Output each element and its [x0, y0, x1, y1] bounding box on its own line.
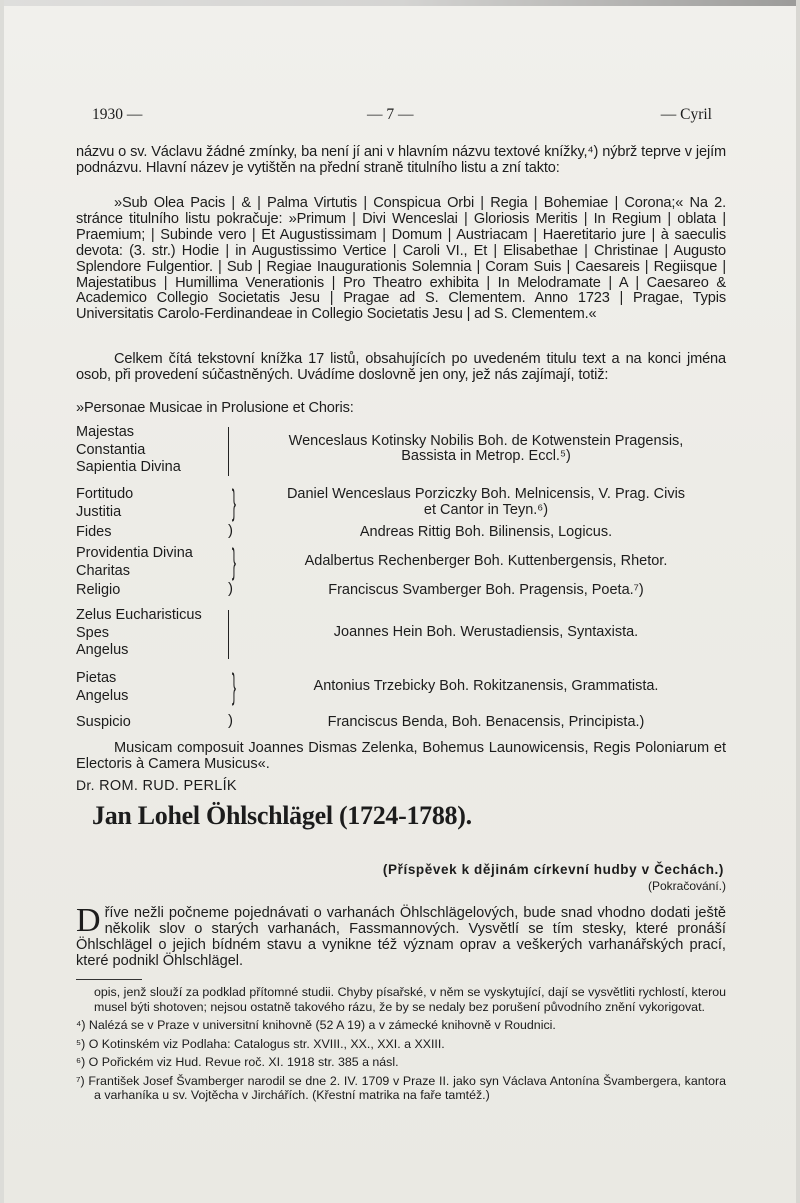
article-title: Jan Lohel Öhlschlägel (1724-1788). — [92, 801, 472, 831]
performer-name: Adalbertus Rechenberger Boh. Kuttenberge… — [246, 554, 726, 570]
continued-note: (Pokračování.) — [648, 879, 726, 893]
cast-roles: Fides — [76, 525, 226, 543]
performer-line: Antonius Trzebicky Boh. Rokitzanensis, G… — [246, 679, 726, 695]
role-name: Religio — [76, 583, 226, 599]
author-name: ROM. RUD. PERLÍK — [99, 778, 237, 794]
running-head-journal: — Cyril — [661, 106, 712, 124]
page-number: — 7 — — [367, 106, 414, 124]
performer-name: Wenceslaus Kotinsky Nobilis Boh. de Kotw… — [246, 434, 726, 465]
article-subtitle: (Příspěvek k dějinám církevní hudby v Če… — [383, 862, 724, 877]
brace-icon: } — [232, 485, 236, 520]
performer-name: Andreas Rittig Boh. Bilinensis, Logicus. — [246, 525, 726, 541]
performer-name: Daniel Wenceslaus Porziczky Boh. Melnice… — [246, 487, 726, 518]
paragraph-text: názvu o sv. Václavu žádné zmínky, ba nen… — [76, 145, 726, 177]
role-name: Justitia — [76, 505, 226, 521]
brace-icon — [228, 427, 241, 476]
paragraph-summary: Celkem čítá tekstovní knížka 17 listů, o… — [76, 352, 726, 384]
performer-line: Adalbertus Rechenberger Boh. Kuttenberge… — [246, 554, 726, 570]
drop-cap: D — [76, 907, 101, 935]
paragraph-closing: Musicam composuit Joannes Dismas Zelenka… — [76, 740, 726, 772]
performer-name: Joannes Hein Boh. Werustadiensis, Syntax… — [246, 625, 726, 641]
scanned-page: 1930 — — 7 — — Cyril názvu o sv. Václavu… — [0, 0, 800, 1203]
role-name: Suspicio — [76, 715, 226, 731]
paragraph-text: »Sub Olea Pacis | & | Palma Virtutis | C… — [76, 196, 726, 323]
role-name: Fides — [76, 525, 226, 541]
footnote: ⁵) O Kotinském viz Podlaha: Catalogus st… — [76, 1037, 726, 1052]
performer-line: Franciscus Svamberger Boh. Pragensis, Po… — [246, 583, 726, 599]
performer-line: Franciscus Benda, Boh. Benacensis, Princ… — [246, 715, 726, 731]
article-author: Dr. ROM. RUD. PERLÍK — [76, 777, 237, 794]
brace-icon — [228, 610, 241, 659]
role-name: Zelus Eucharisticus — [76, 608, 226, 624]
role-name: Pietas — [76, 671, 226, 687]
performer-name: Franciscus Svamberger Boh. Pragensis, Po… — [246, 583, 726, 599]
role-name: Sapientia Divina — [76, 460, 226, 476]
footnote: ⁶) O Pořickém viz Hud. Revue roč. XI. 19… — [76, 1055, 726, 1070]
role-name: Angelus — [76, 689, 226, 705]
paragraph-intro: názvu o sv. Václavu žádné zmínky, ba nen… — [76, 145, 726, 177]
footnote: ⁷) František Josef Švamberger narodil se… — [76, 1074, 726, 1103]
cast-heading-text: »Personae Musicae in Prolusione et Chori… — [76, 401, 726, 417]
performer-line: Andreas Rittig Boh. Bilinensis, Logicus. — [246, 525, 726, 541]
page-left-edge — [0, 0, 4, 1203]
running-head: 1930 — — 7 — — Cyril — [92, 106, 712, 126]
footnote-continuation: opis, jenž slouží za podklad přítomné st… — [76, 985, 726, 1014]
paragraph-text: Celkem čítá tekstovní knížka 17 listů, o… — [76, 352, 726, 384]
paragraph-text: Musicam composuit Joannes Dismas Zelenka… — [76, 740, 726, 772]
cast-heading: »Personae Musicae in Prolusione et Chori… — [76, 401, 726, 417]
performer-name: Antonius Trzebicky Boh. Rokitzanensis, G… — [246, 679, 726, 695]
role-name: Charitas — [76, 564, 226, 580]
performer-line: Daniel Wenceslaus Porziczky Boh. Melnice… — [246, 487, 726, 503]
performer-line: Bassista in Metrop. Eccl.⁵) — [246, 449, 726, 465]
footnotes: opis, jenž slouží za podklad přítomné st… — [76, 985, 726, 1107]
brace-icon: ) — [228, 523, 240, 538]
paragraph-title-quote: »Sub Olea Pacis | & | Palma Virtutis | C… — [76, 196, 726, 323]
running-head-year: 1930 — — [92, 106, 142, 124]
author-prefix: Dr. — [76, 777, 95, 793]
brace-icon: ) — [228, 713, 240, 728]
cast-roles: Zelus EucharisticusSpesAngelus — [76, 608, 226, 661]
cast-roles: MajestasConstantiaSapientia Divina — [76, 425, 226, 478]
performer-line: Wenceslaus Kotinsky Nobilis Boh. de Kotw… — [246, 434, 726, 450]
cast-roles: PietasAngelus — [76, 671, 226, 706]
page-top-edge — [0, 0, 800, 6]
article-body: D říve nežli počneme pojednávati o varha… — [76, 905, 726, 969]
cast-roles: Providentia DivinaCharitas — [76, 546, 226, 581]
brace-icon: } — [232, 544, 236, 579]
role-name: Majestas — [76, 425, 226, 441]
cast-roles: Suspicio — [76, 715, 226, 733]
footnote: ⁴) Nalézá se v Praze v universitní kniho… — [76, 1018, 726, 1033]
cast-roles: FortitudoJustitia — [76, 487, 226, 522]
role-name: Angelus — [76, 643, 226, 659]
role-name: Constantia — [76, 443, 226, 459]
brace-icon: ) — [228, 581, 240, 596]
role-name: Providentia Divina — [76, 546, 226, 562]
role-name: Fortitudo — [76, 487, 226, 503]
performer-line: Joannes Hein Boh. Werustadiensis, Syntax… — [246, 625, 726, 641]
footnote-separator — [76, 979, 142, 980]
brace-icon: } — [232, 669, 236, 704]
performer-name: Franciscus Benda, Boh. Benacensis, Princ… — [246, 715, 726, 731]
performer-line: et Cantor in Teyn.⁶) — [246, 503, 726, 519]
page-right-edge — [796, 0, 800, 1203]
article-paragraph: říve nežli počneme pojednávati o varhaná… — [76, 905, 726, 969]
cast-roles: Religio — [76, 583, 226, 601]
role-name: Spes — [76, 626, 226, 642]
